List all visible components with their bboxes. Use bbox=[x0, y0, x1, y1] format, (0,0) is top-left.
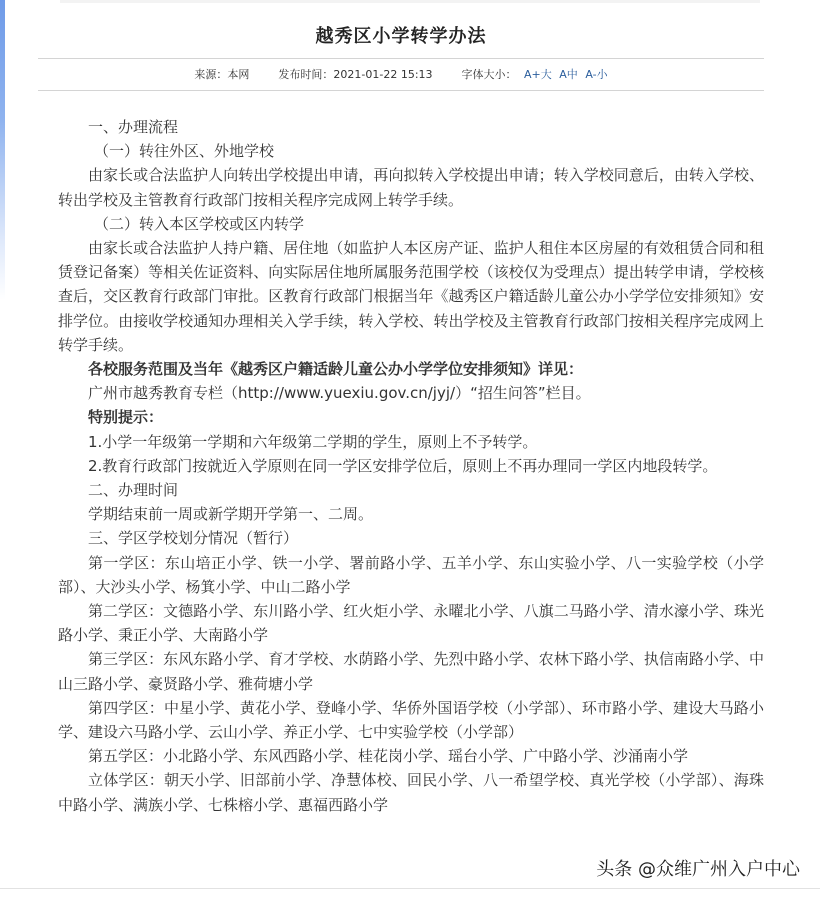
source-label: 来源：本网 bbox=[194, 66, 249, 82]
font-size-label: 字体大小： bbox=[462, 66, 517, 82]
divider bbox=[38, 90, 764, 91]
paragraph: 2.教育行政部门按就近入学原则在同一学区安排学位后，原则上不再办理同一学区内地段… bbox=[58, 454, 764, 478]
paragraph: 1.小学一年级第一学期和六年级第二学期的学生，原则上不予转学。 bbox=[58, 430, 764, 454]
top-bar bbox=[60, 0, 760, 3]
subsection-heading: （二）转入本区学校或区内转学 bbox=[58, 212, 764, 236]
bold-note: 各校服务范围及当年《越秀区户籍适龄儿童公办小学学位安排须知》详见： bbox=[58, 357, 764, 381]
font-small-link[interactable]: A-小 bbox=[585, 66, 607, 82]
font-large-link[interactable]: A+大 bbox=[524, 66, 552, 82]
bottom-divider bbox=[0, 888, 820, 889]
watermark: 头条 @众维广州入户中心 bbox=[596, 855, 800, 881]
district-list: 第四学区：中星小学、黄花小学、登峰小学、华侨外国语学校（小学部）、环市路小学、建… bbox=[58, 696, 764, 744]
district-list: 第一学区：东山培正小学、铁一小学、署前路小学、五羊小学、东山实验小学、八一实验学… bbox=[58, 551, 764, 599]
special-note-heading: 特别提示： bbox=[58, 405, 764, 429]
district-list: 立体学区：朝天小学、旧部前小学、净慧体校、回民小学、八一希望学校、真光学校（小学… bbox=[58, 768, 764, 816]
section-heading: 二、办理时间 bbox=[58, 478, 764, 502]
district-list: 第五学区：小北路小学、东风西路小学、桂花岗小学、瑶台小学、广中路小学、沙涌南小学 bbox=[58, 744, 764, 768]
divider bbox=[38, 58, 764, 59]
section-heading: 一、办理流程 bbox=[58, 115, 764, 139]
paragraph: 由家长或合法监护人持户籍、居住地（如监护人本区房产证、监护人租住本区房屋的有效租… bbox=[58, 236, 764, 357]
left-edge-decoration bbox=[0, 0, 5, 300]
paragraph: 学期结束前一周或新学期开学第一、二周。 bbox=[58, 502, 764, 526]
paragraph-link: 广州市越秀教育专栏（http://www.yuexiu.gov.cn/jyj/）… bbox=[58, 381, 764, 405]
page-title: 越秀区小学转学办法 bbox=[38, 22, 764, 48]
article-body: 一、办理流程 （一）转往外区、外地学校 由家长或合法监护人向转出学校提出申请，再… bbox=[58, 115, 764, 817]
subsection-heading: （一）转往外区、外地学校 bbox=[58, 139, 764, 163]
article-meta: 来源：本网 发布时间：2021-01-22 15:13 字体大小： A+大 A中… bbox=[38, 66, 764, 82]
district-list: 第二学区：文德路小学、东川路小学、红火炬小学、永曜北小学、八旗二马路小学、清水濠… bbox=[58, 599, 764, 647]
publish-time: 发布时间：2021-01-22 15:13 bbox=[278, 66, 432, 82]
district-list: 第三学区：东风东路小学、育才学校、水荫路小学、先烈中路小学、农林下路小学、执信南… bbox=[58, 647, 764, 695]
font-medium-link[interactable]: A中 bbox=[559, 66, 578, 82]
paragraph: 由家长或合法监护人向转出学校提出申请，再向拟转入学校提出申请；转入学校同意后，由… bbox=[58, 163, 764, 211]
section-heading: 三、学区学校划分情况（暂行） bbox=[58, 526, 764, 550]
